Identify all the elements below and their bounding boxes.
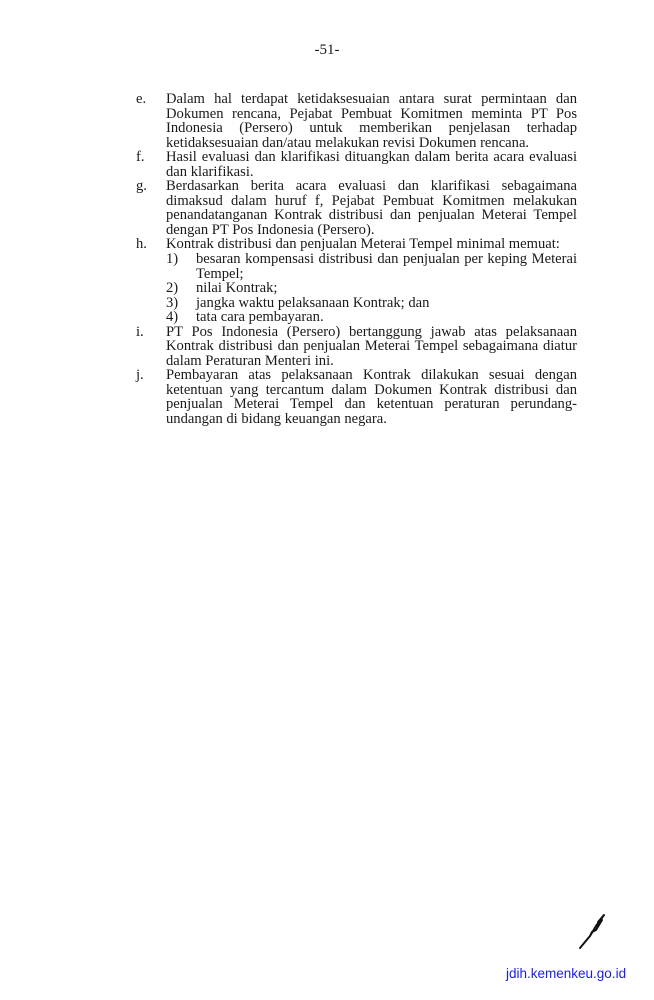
sub-item-4: 4) tata cara pembayaran. [166, 310, 577, 325]
list-item-i: i. PT Pos Indonesia (Persero) bertanggun… [136, 325, 577, 369]
item-text: PT Pos Indonesia (Persero) bertanggung j… [166, 325, 577, 369]
item-label: i. [136, 325, 166, 369]
page-number: -51- [0, 42, 654, 59]
sub-item-label: 2) [166, 281, 196, 296]
sub-item-2: 2) nilai Kontrak; [166, 281, 577, 296]
sub-item-text: jangka waktu pelaksanaan Kontrak; dan [196, 296, 577, 311]
watermark-link[interactable]: jdih.kemenkeu.go.id [506, 966, 626, 981]
sub-item-label: 3) [166, 296, 196, 311]
list-item-f: f. Hasil evaluasi dan klarifikasi dituan… [136, 150, 577, 179]
sub-item-1: 1) besaran kompensasi distribusi dan pen… [166, 252, 577, 281]
item-text: Dalam hal terdapat ketidaksesuaian antar… [166, 92, 577, 150]
document-body: e. Dalam hal terdapat ketidaksesuaian an… [136, 92, 577, 427]
list-item-h: h. Kontrak distribusi dan penjualan Mete… [136, 237, 577, 324]
sub-item-label: 4) [166, 310, 196, 325]
list-item-j: j. Pembayaran atas pelaksanaan Kontrak d… [136, 368, 577, 426]
item-label: f. [136, 150, 166, 179]
item-label: j. [136, 368, 166, 426]
signature-initial-icon [578, 912, 608, 952]
item-content: Kontrak distribusi dan penjualan Meterai… [166, 237, 577, 324]
sub-item-text: besaran kompensasi distribusi dan penjua… [196, 252, 577, 281]
sub-item-label: 1) [166, 252, 196, 281]
item-label: h. [136, 237, 166, 324]
item-text: Berdasarkan berita acara evaluasi dan kl… [166, 179, 577, 237]
list-item-e: e. Dalam hal terdapat ketidaksesuaian an… [136, 92, 577, 150]
item-text: Kontrak distribusi dan penjualan Meterai… [166, 237, 577, 252]
item-text: Pembayaran atas pelaksanaan Kontrak dila… [166, 368, 577, 426]
item-label: g. [136, 179, 166, 237]
sub-item-text: nilai Kontrak; [196, 281, 577, 296]
item-text: Hasil evaluasi dan klarifikasi dituangka… [166, 150, 577, 179]
item-label: e. [136, 92, 166, 150]
sub-item-3: 3) jangka waktu pelaksanaan Kontrak; dan [166, 296, 577, 311]
list-item-g: g. Berdasarkan berita acara evaluasi dan… [136, 179, 577, 237]
sub-item-text: tata cara pembayaran. [196, 310, 577, 325]
